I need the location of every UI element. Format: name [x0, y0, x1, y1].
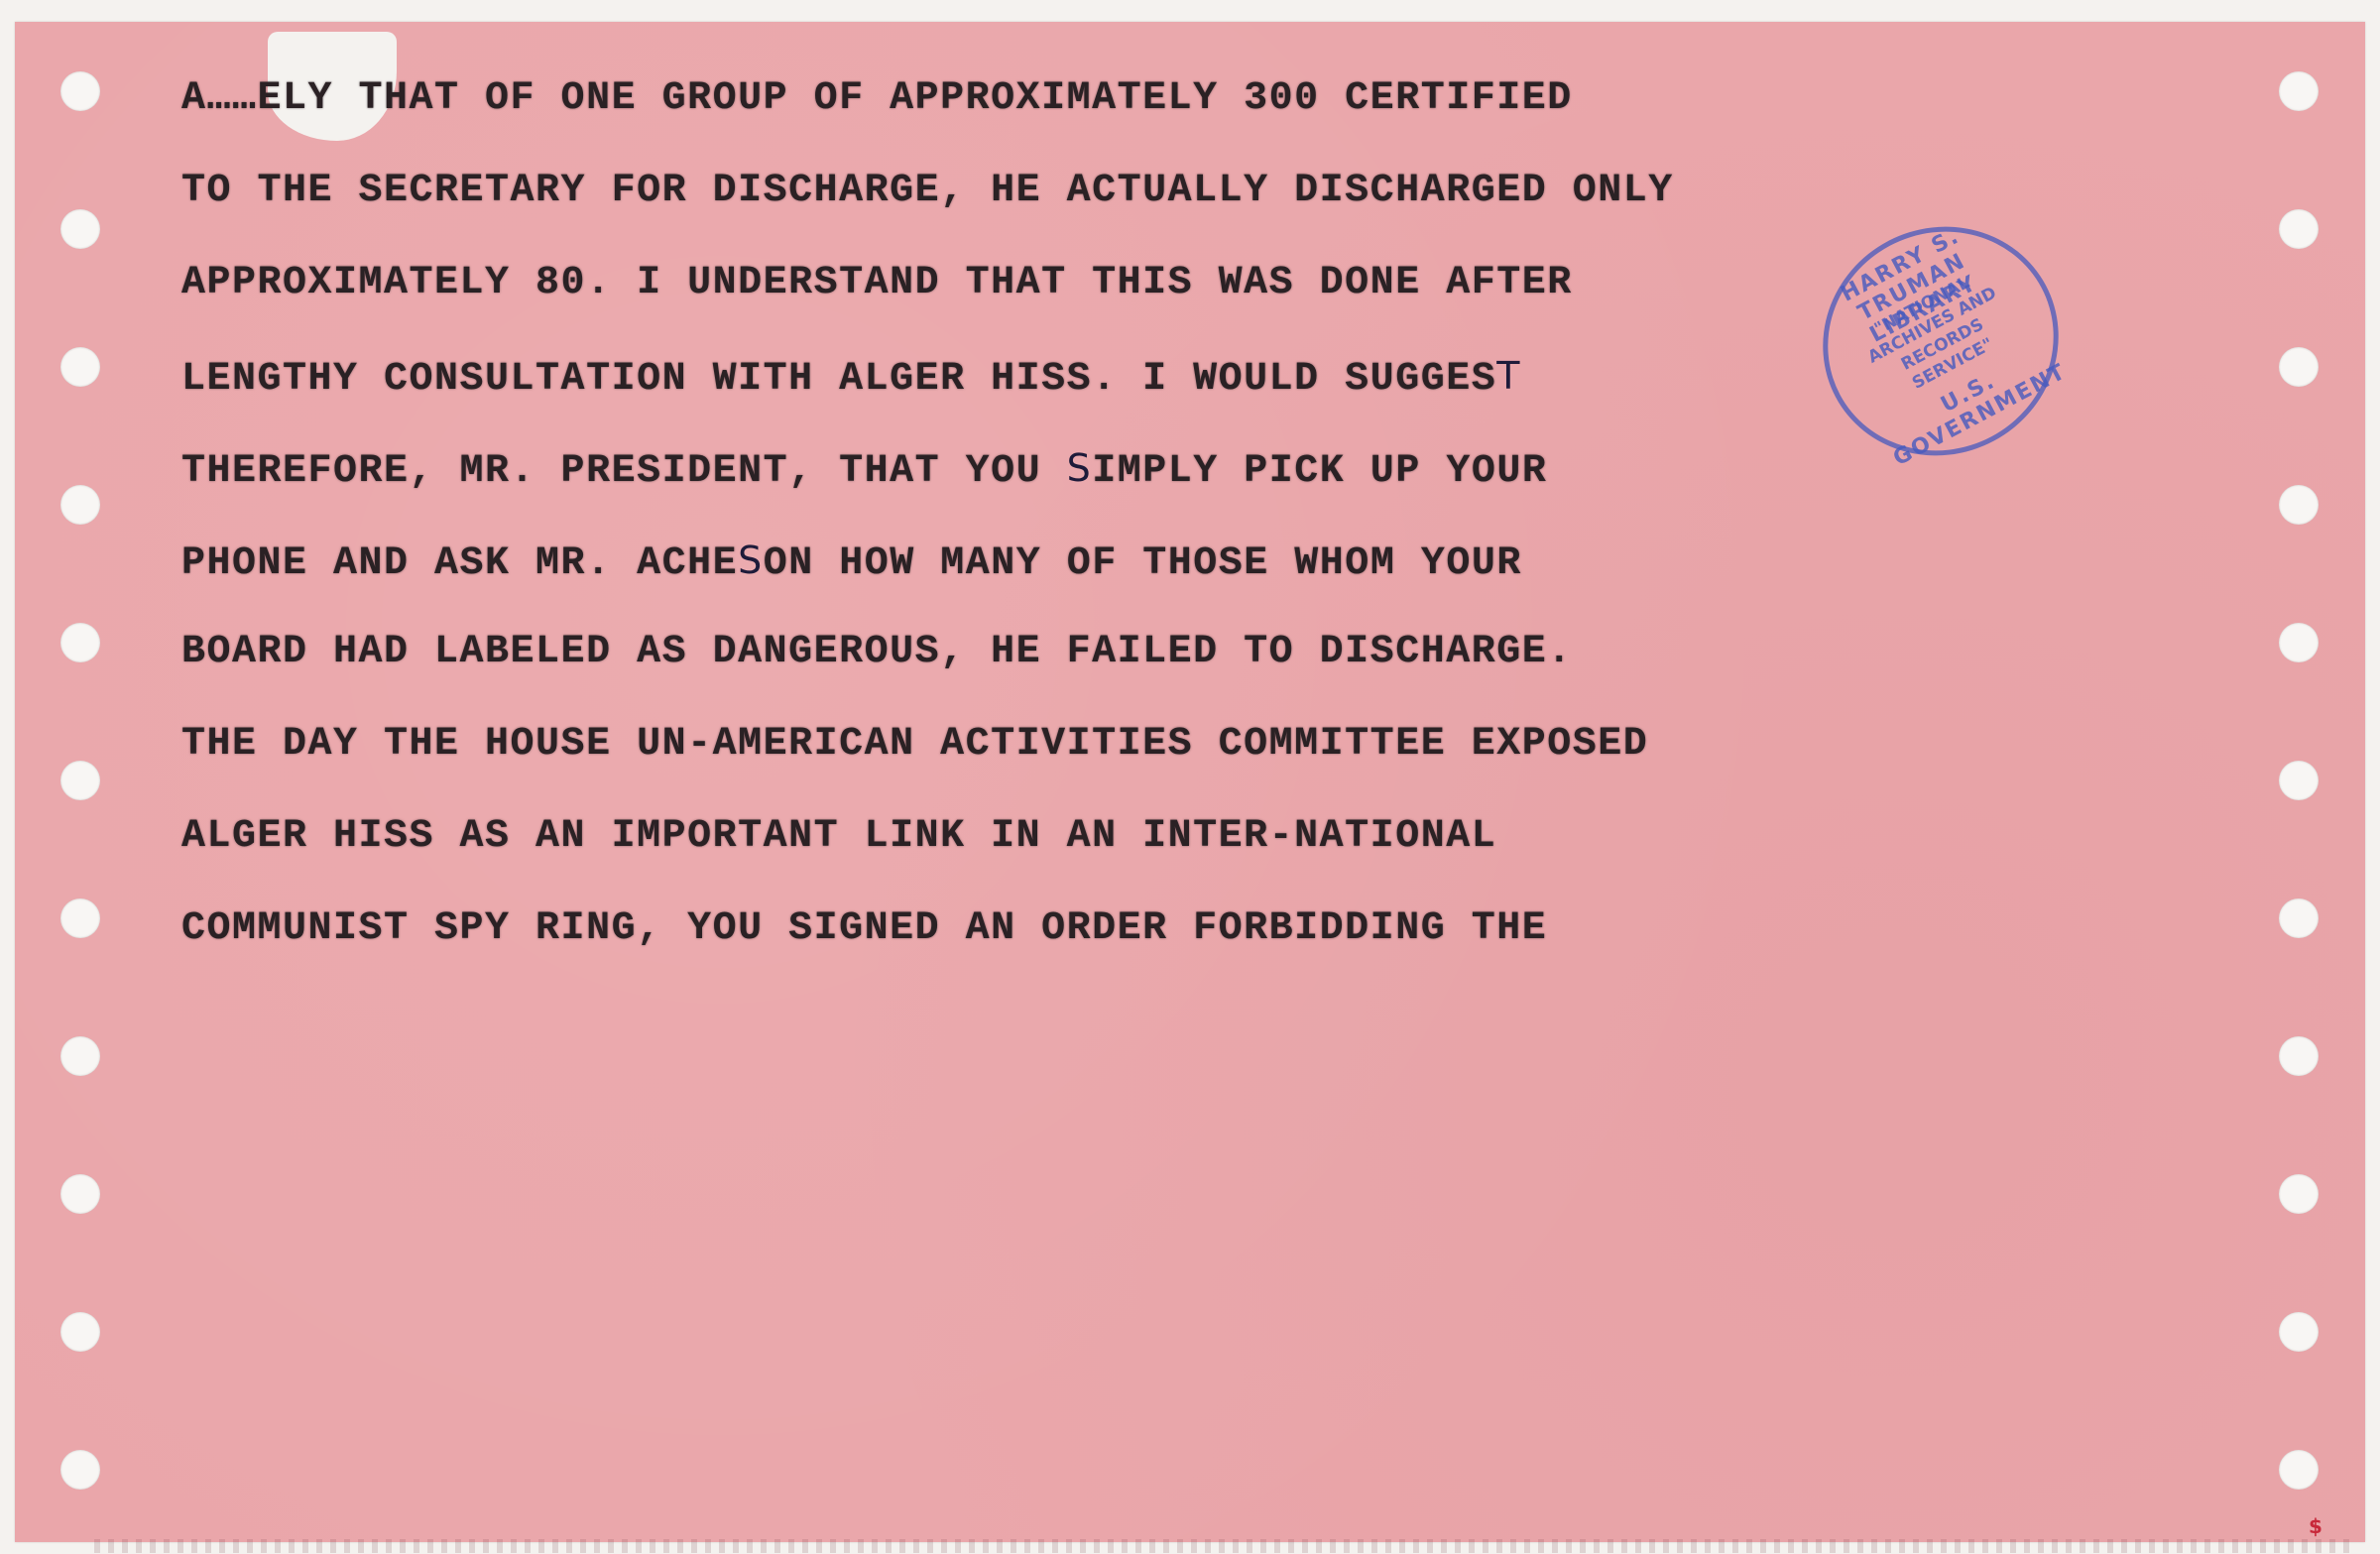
feed-hole: [60, 71, 100, 111]
feed-hole: [2279, 1312, 2319, 1352]
corner-mark: $: [2309, 1514, 2322, 1538]
feed-hole: [60, 209, 100, 249]
handwritten-correction: T: [1496, 354, 1521, 398]
text-line: LENGTHY CONSULTATION WITH ALGER HISS. I …: [181, 346, 1674, 438]
text-line: ALGER HISS AS AN IMPORTANT LINK IN AN IN…: [181, 807, 1674, 899]
archive-stamp: HARRY S. TRUMAN LIBRARY "NATIONAL ARCHIV…: [1783, 185, 2099, 497]
telegram-body: A……ELY THAT OF ONE GROUP OF APPROXIMATEL…: [181, 69, 1674, 992]
feed-hole: [2279, 623, 2319, 662]
text-line: THEREFORE, MR. PRESIDENT, THAT YOU SIMPL…: [181, 438, 1674, 531]
feed-hole: [2279, 347, 2319, 387]
handwritten-correction: S: [738, 538, 764, 582]
feed-hole: [2279, 1036, 2319, 1076]
telegram-page: A……ELY THAT OF ONE GROUP OF APPROXIMATEL…: [15, 22, 2365, 1542]
feed-hole: [2279, 485, 2319, 525]
text-line: PHONE AND ASK MR. ACHESON HOW MANY OF TH…: [181, 531, 1674, 623]
text-line: BOARD HAD LABELED AS DANGEROUS, HE FAILE…: [181, 623, 1674, 715]
typed-text: ON HOW MANY OF THOSE WHOM YOUR: [764, 541, 1522, 586]
typed-text: LENGTHY CONSULTATION WITH ALGER HISS. I …: [181, 357, 1496, 402]
text-line: COMMUNIST SPY RING, YOU SIGNED AN ORDER …: [181, 899, 1674, 992]
feed-hole: [2279, 1174, 2319, 1214]
typed-text: THEREFORE, MR. PRESIDENT, THAT YOU: [181, 449, 1067, 494]
feed-hole: [2279, 209, 2319, 249]
feed-hole: [2279, 898, 2319, 938]
text-line: APPROXIMATELY 80. I UNDERSTAND THAT THIS…: [181, 254, 1674, 346]
feed-hole: [60, 1174, 100, 1214]
feed-hole: [60, 1036, 100, 1076]
feed-hole: [60, 485, 100, 525]
feed-hole: [60, 898, 100, 938]
handwritten-correction: S: [1067, 446, 1093, 490]
feed-hole: [2279, 1450, 2319, 1490]
typed-text: IMPLY PICK UP YOUR: [1092, 449, 1547, 494]
feed-hole: [2279, 71, 2319, 111]
bottom-smudge: [94, 1539, 2355, 1553]
feed-hole: [60, 1312, 100, 1352]
feed-hole: [60, 761, 100, 800]
feed-hole: [2279, 761, 2319, 800]
typed-text: PHONE AND ASK MR. ACHE: [181, 541, 738, 586]
text-line: A……ELY THAT OF ONE GROUP OF APPROXIMATEL…: [181, 69, 1674, 162]
feed-hole: [60, 1450, 100, 1490]
text-line: THE DAY THE HOUSE UN-AMERICAN ACTIVITIES…: [181, 715, 1674, 807]
feed-hole: [60, 347, 100, 387]
text-line: TO THE SECRETARY FOR DISCHARGE, HE ACTUA…: [181, 162, 1674, 254]
feed-hole: [60, 623, 100, 662]
